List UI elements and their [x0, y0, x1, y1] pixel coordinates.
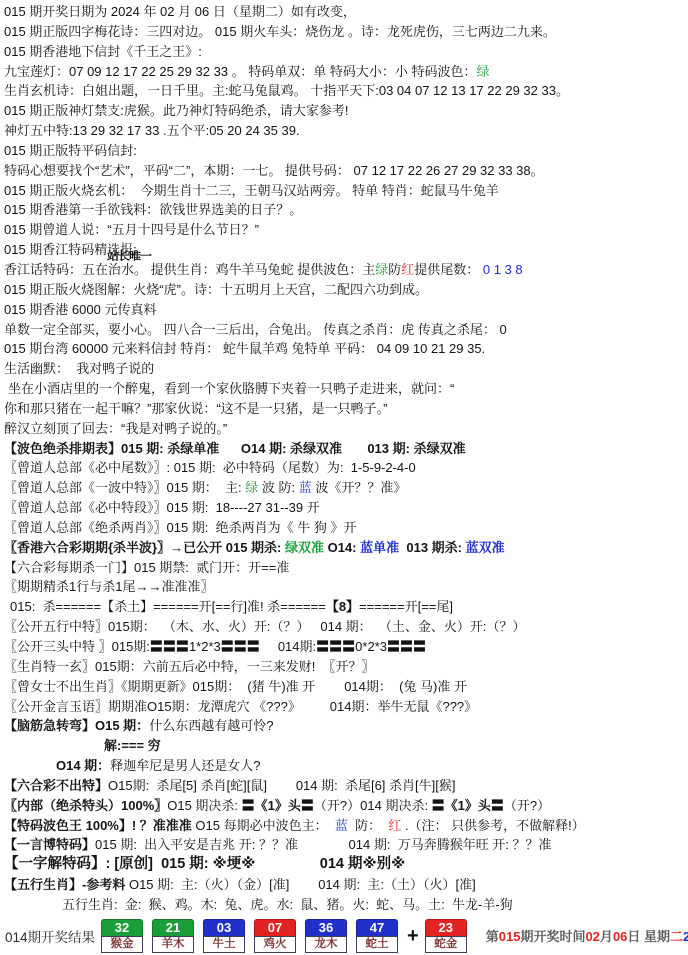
doc-line: 015 期曾道人说：“五月十四号是什么节日？” — [4, 220, 688, 240]
text-segment: O15期: 杀尾[5] 杀肖[蛇][鼠] 014 期: 杀尾[6] 杀肖[牛][… — [108, 778, 455, 793]
text-segment: （开?） — [504, 798, 550, 813]
text-segment: O15 期决杀: — [167, 798, 241, 813]
result-ball: 23蛇金 — [425, 919, 467, 953]
text-segment: 绿 — [476, 64, 489, 79]
doc-line: 〖香港六合彩期期{杀半波}〗→已公开 015 期杀: 绿双准 O14: 蓝单准 … — [4, 538, 688, 558]
text-segment: 015 期正版火烧图解：火烧“虎”。诗：十五明月上天宫，二配四六功到成。 — [4, 282, 428, 297]
text-segment: 提供尾数： — [414, 262, 483, 277]
text-segment: 什么东西越有越可怜? — [149, 718, 273, 733]
text-segment: 【特码波色王 100%】! ？准准准 — [4, 818, 195, 833]
text-segment: 【一字解特码】: [原创] 015 期: ※埂※ 014 期※别※ — [4, 856, 405, 872]
text-segment: 06 — [613, 929, 627, 944]
text-segment: 〖期期精杀1行与杀1尾→→准准准〗 — [4, 579, 213, 594]
text-segment: 〖内部（绝杀特头）100%〗 — [4, 798, 167, 813]
text-segment: 单数一定全部买，要小心。 四八合一三后出，合兔出。 传真之杀肖：虎 传真之杀尾：… — [4, 322, 507, 337]
doc-line: 015 期开奖日期为 2024 年 02 月 06 日（星期二）如有改变， — [4, 2, 688, 22]
text-segment: 生活幽默： 我对鸭子说的 — [4, 361, 154, 376]
doc-line: 【波色绝杀排期表】015 期: 杀绿单准 O14 期: 杀绿双准 013 期: … — [4, 439, 688, 459]
plus-sign: + — [407, 919, 419, 953]
text-segment: 〖曾道人总部《一波中特》〗015 期： 主: — [4, 480, 245, 495]
text-segment: 015 期开奖日期为 2024 年 02 月 06 日（星期二）如有改变， — [4, 4, 356, 19]
result-ball: 47蛇土 — [356, 919, 398, 953]
doc-line: 〖公开五行中特〗015期： （木、水、火）开:（？） 014 期： （土、金、火… — [4, 617, 688, 637]
text-segment: O15 期: 主:（火）（金）[准] 014 期: 主:（土）（火）[准] — [129, 877, 476, 892]
text-segment: 〓《1》头〓 — [242, 798, 314, 813]
text-segment: 特码心想要找个“艺术”，平码“二”，本期：一七。 提供号码： 07 12 17 … — [4, 163, 544, 178]
doc-line: 〖曾道人总部《必中特段》〗015 期: 18----27 31--39 开 — [4, 498, 688, 518]
doc-line: 〖曾女士不出生肖〗《期期更新》015期： (猪 牛)准 开 014期： (兔 马… — [4, 677, 688, 697]
text-segment: 015 期曾道人说：“五月十四号是什么节日？” — [4, 222, 259, 237]
text-segment: 0 1 3 8 — [483, 262, 523, 277]
doc-line: 015 期正版火烧玄机： 今期生肖十二三，王朝马汉站两旁。 特单 特肖：蛇鼠马牛… — [4, 181, 688, 201]
text-segment: 【波色绝杀排期表】015 期: 杀绿单准 O14 期: 杀绿双准 013 期: … — [4, 441, 466, 456]
text-segment: 蓝 — [335, 818, 348, 833]
ball-zodiac: 龙木 — [305, 936, 347, 953]
text-segment: 生肖玄机诗：白姐出题，一日千里。主:蛇马兔鼠鸡。 十指平天下:03 04 07 … — [4, 83, 569, 98]
text-segment: 释迦牟尼是男人还是女人? — [110, 758, 260, 773]
doc-line: 〖曾道人总部《必中尾数》〗: 015 期: 必中特码（尾数）为: 1-5-9-2… — [4, 458, 688, 478]
text-segment: 第 — [486, 929, 499, 944]
text-segment: 【8】 — [326, 599, 359, 614]
text-segment: 02 — [585, 929, 599, 944]
text-segment: 防： — [348, 818, 388, 833]
doc-line: 生肖玄机诗：白姐出题，一日千里。主:蛇马兔鼠鸡。 十指平天下:03 04 07 … — [4, 81, 688, 101]
doc-line: 醉汉立刻顶了回去：“我是对鸭子说的。” — [4, 419, 688, 439]
ball-number: 21 — [152, 919, 194, 936]
text-segment: 你和那只猪在一起干嘛？”那家伙说：“这不是一只猪，是一只鸭子。” — [4, 401, 388, 416]
text-segment: 绿 — [245, 480, 258, 495]
result-ball: 32猴金 — [101, 919, 143, 953]
text-segment: 【六合彩不出特】 — [4, 778, 108, 793]
text-segment: 〖生肖特一玄〗015期：六前五后必中特，一三来发财! 〖开？〗 — [4, 659, 375, 674]
text-segment: 〓〓〓 — [387, 639, 426, 654]
text-segment: 神灯五中特:13 29 32 17 33 .五个平:05 20 24 35 39… — [4, 123, 300, 138]
text-segment: 015 期正版特平码信封: — [4, 143, 137, 158]
text-segment: 红 — [388, 818, 401, 833]
text-segment: 红 — [401, 262, 414, 277]
draw-result-row: 014期开奖结果 32猴金21羊木03牛土07鸡火36龙木47蛇土+23蛇金 第… — [0, 918, 688, 954]
text-segment: O15 每期必中波色主： — [195, 818, 334, 833]
text-segment: 015 — [499, 929, 521, 944]
doc-line: 【特码波色王 100%】! ？准准准 O15 每期必中波色主： 蓝 防： 红 .… — [4, 816, 688, 836]
ball-zodiac: 蛇土 — [356, 936, 398, 953]
doc-line: 【脑筋急转弯】O15 期：什么东西越有越可怜? — [4, 716, 688, 736]
doc-line: 015 期正版四字梅花诗：三四对边。 015 期火车头：烧伤龙 。诗：龙死虎伤，… — [4, 22, 688, 42]
doc-line: 【一字解特码】: [原创] 015 期: ※埂※ 014 期※别※ — [4, 855, 688, 875]
doc-line: 坐在小酒店里的一个醉鬼，看到一个家伙胳膊下夹着一只鸭子走进来，就问：“ — [4, 379, 688, 399]
doc-line: 【一言博特码】015 期: 出入平安是吉兆 开: ？？准 014 期: 万马奔腾… — [4, 835, 688, 855]
doc-line: 你和那只猪在一起干嘛？”那家伙说：“这不是一只猪，是一只鸭子。” — [4, 399, 688, 419]
doc-line: 〖期期精杀1行与杀1尾→→准准准〗 — [4, 577, 688, 597]
doc-line: 015 期香港第一手欲钱料：欲钱世界选美的日子？。 — [4, 200, 688, 220]
doc-line: 【六合彩不出特】O15期: 杀尾[5] 杀肖[蛇][鼠] 014 期: 杀尾[6… — [4, 776, 688, 796]
text-segment: 【一言博特码】 — [4, 837, 95, 852]
text-segment: 【六合彩每期杀一门】015 期禁: 贰门开：开==准 — [4, 560, 289, 575]
text-segment: 〖公开三头中特 〗015期: — [4, 639, 150, 654]
text-segment: 解:=== 穷 — [104, 738, 161, 753]
text-segment: O14: — [324, 540, 360, 555]
overlay-stamp-text: 站长唯一 — [107, 248, 151, 264]
text-segment: 五行生肖: 金: 猴、鸡。木: 兔、虎。水: 鼠、猪。火: 蛇、马。土: 牛龙-… — [62, 897, 513, 912]
text-segment: 015 期台湾 60000 元来料信封 特肖： 蛇牛鼠羊鸡 兔特单 平码： 04… — [4, 341, 485, 356]
text-segment: 波 防: — [258, 480, 298, 495]
doc-line: 015: 杀======【杀土】======开[==行]准! 杀======【8… — [4, 597, 688, 617]
ball-number: 36 — [305, 919, 347, 936]
text-segment: 〓《1》头〓 — [432, 798, 504, 813]
doc-line: 〖公开三头中特 〗015期:〓〓〓1*2*3〓〓〓 014期:〓〓〓0*2*3〓… — [4, 637, 688, 657]
result-balls: 32猴金21羊木03牛土07鸡火36龙木47蛇土+23蛇金 — [101, 919, 476, 953]
text-segment: 015 期香港地下信封《千王之王》: — [4, 44, 202, 59]
text-segment: 〖曾道人总部《必中尾数》〗: 015 期: 必中特码（尾数）为: 1-5-9-2… — [4, 460, 416, 475]
doc-line: 015 期香港 6000 元传真料 — [4, 300, 688, 320]
text-segment: 21:30 — [683, 929, 688, 944]
doc-line: 生活幽默： 我对鸭子说的 — [4, 359, 688, 379]
ball-number: 07 — [254, 919, 296, 936]
result-ball: 03牛土 — [203, 919, 245, 953]
text-segment: 防 — [388, 262, 401, 277]
text-segment: 坐在小酒店里的一个醉鬼，看到一个家伙胳膊下夹着一只鸭子走进来，就问：“ — [8, 381, 454, 396]
text-segment: 二 — [670, 929, 683, 944]
result-ball: 36龙木 — [305, 919, 347, 953]
text-segment: 0*2*3 — [355, 639, 387, 654]
draw-time: 第015期开奖时间02月06日 星期二21:30 — [486, 926, 688, 945]
doc-line: 015 期正版火烧图解：火烧“虎”。诗：十五明月上天宫，二配四六功到成。 — [4, 280, 688, 300]
doc-line: 【六合彩每期杀一门】015 期禁: 贰门开：开==准 — [4, 558, 688, 578]
text-segment: 蓝单准 — [360, 540, 399, 555]
ball-zodiac: 羊木 — [152, 936, 194, 953]
text-segment: 【脑筋急转弯】O15 期： — [4, 718, 149, 733]
text-segment: 〖公开五行中特〗015期： （木、水、火）开:（？） 014 期： （土、金、火… — [4, 619, 526, 634]
text-segment: 〓〓〓 — [150, 639, 189, 654]
doc-line: 015 期台湾 60000 元来料信封 特肖： 蛇牛鼠羊鸡 兔特单 平码： 04… — [4, 339, 688, 359]
doc-line: O14 期：释迦牟尼是男人还是女人? — [4, 756, 688, 776]
ball-zodiac: 蛇金 — [425, 936, 467, 953]
text-segment: 日 星期 — [627, 929, 670, 944]
ball-zodiac: 鸡火 — [254, 936, 296, 953]
text-segment: ======开[==尾] — [359, 599, 453, 614]
text-segment: 香江话特码：五在治水。 提供生肖：鸡牛羊马兔蛇 提供波色：主 — [4, 262, 375, 277]
text-segment: 〖香港六合彩期期{杀半波}〗→已公开 015 期杀: — [4, 540, 285, 555]
text-segment: 1*2*3 — [189, 639, 221, 654]
text-segment: 015 期: 出入平安是吉兆 开: ？？准 014 期: 万马奔腾猴年旺 开: … — [95, 837, 552, 852]
text-segment: 蓝 — [299, 480, 312, 495]
text-segment: 【五行生肖】-参考料 — [4, 877, 129, 892]
doc-line: 神灯五中特:13 29 32 17 33 .五个平:05 20 24 35 39… — [4, 121, 688, 141]
doc-line: 015 期正版神灯禁支:虎猴。此乃神灯特码绝杀，请大家参考! — [4, 101, 688, 121]
text-segment: O14 期： — [56, 758, 110, 773]
text-segment: 013 期杀: — [399, 540, 465, 555]
doc-line: 〖曾道人总部《一波中特》〗015 期： 主: 绿 波 防: 蓝 波《开？？准》 — [4, 478, 688, 498]
text-segment: 〖曾女士不出生肖〗《期期更新》015期： (猪 牛)准 开 014期： (兔 马… — [4, 679, 467, 694]
text-segment: 醉汉立刻顶了回去：“我是对鸭子说的。” — [4, 421, 227, 436]
ball-zodiac: 猴金 — [101, 936, 143, 953]
doc-line: 【五行生肖】-参考料 O15 期: 主:（火）（金）[准] 014 期: 主:（… — [4, 875, 688, 895]
text-segment: 绿双准 — [285, 540, 324, 555]
doc-line: 单数一定全部买，要小心。 四八合一三后出，合兔出。 传真之杀肖：虎 传真之杀尾：… — [4, 320, 688, 340]
text-segment: （开?）014 期决杀: — [314, 798, 432, 813]
doc-line: 015 期正版特平码信封: — [4, 141, 688, 161]
text-segment: 015 期正版四字梅花诗：三四对边。 015 期火车头：烧伤龙 。诗：龙死虎伤，… — [4, 24, 556, 39]
text-segment: 期开奖时间 — [520, 929, 585, 944]
result-ball: 21羊木 — [152, 919, 194, 953]
ball-number: 47 — [356, 919, 398, 936]
text-segment: 〓〓〓 — [221, 639, 260, 654]
text-segment: 绿 — [375, 262, 388, 277]
ball-number: 23 — [425, 919, 467, 936]
text-segment: 015 期香港第一手欲钱料：欲钱世界选美的日子？。 — [4, 202, 302, 217]
doc-line: 〖曾道人总部《绝杀两肖》〗015 期: 绝杀两肖为《 牛 狗 》开 — [4, 518, 688, 538]
doc-line: 〖生肖特一玄〗015期：六前五后必中特，一三来发财! 〖开？〗 — [4, 657, 688, 677]
doc-line: 特码心想要找个“艺术”，平码“二”，本期：一七。 提供号码： 07 12 17 … — [4, 161, 688, 181]
doc-line: 解:=== 穷 — [4, 736, 688, 756]
text-segment: 014期: — [260, 639, 316, 654]
text-segment: 〖曾道人总部《绝杀两肖》〗015 期: 绝杀两肖为《 牛 狗 》开 — [4, 520, 356, 535]
text-segment: .（注： 只供参考，不做解释!） — [401, 818, 584, 833]
ball-number: 32 — [101, 919, 143, 936]
text-segment: 〓〓〓 — [316, 639, 355, 654]
doc-line: 〖公开金言玉语〗期期准O15期：龙潭虎穴 《???》 014期：举牛无鼠《???… — [4, 697, 688, 717]
ball-zodiac: 牛土 — [203, 936, 245, 953]
text-segment: 蓝双准 — [466, 540, 505, 555]
text-segment: 〖公开金言玉语〗期期准O15期：龙潭虎穴 《???》 014期：举牛无鼠《???… — [4, 699, 477, 714]
text-segment: 015 期正版火烧玄机： 今期生肖十二三，王朝马汉站两旁。 特单 特肖：蛇鼠马牛… — [4, 183, 499, 198]
text-segment: 015: 杀======【杀土】======开[==行]准! 杀====== — [10, 599, 326, 614]
text-segment: 波《开？？准》 — [312, 480, 407, 495]
draw-result-label: 014期开奖结果 — [5, 926, 95, 946]
doc-line: 015 期香港地下信封《千王之王》: — [4, 42, 688, 62]
text-segment: 九宝莲灯：07 09 12 17 22 25 29 32 33 。 特码单双：单… — [4, 64, 476, 79]
text-segment: 015 期正版神灯禁支:虎猴。此乃神灯特码绝杀，请大家参考! — [4, 103, 349, 118]
result-ball: 07鸡火 — [254, 919, 296, 953]
document-lines: 015 期开奖日期为 2024 年 02 月 06 日（星期二）如有改变，015… — [0, 0, 688, 915]
doc-line: 九宝莲灯：07 09 12 17 22 25 29 32 33 。 特码单双：单… — [4, 62, 688, 82]
doc-line: 五行生肖: 金: 猴、鸡。木: 兔、虎。水: 鼠、猪。火: 蛇、马。土: 牛龙-… — [4, 895, 688, 915]
ball-number: 03 — [203, 919, 245, 936]
text-segment: 月 — [600, 929, 613, 944]
text-segment: 015 期香港 6000 元传真料 — [4, 302, 156, 317]
text-segment: 〖曾道人总部《必中特段》〗015 期: 18----27 31--39 开 — [4, 500, 320, 515]
doc-line: 〖内部（绝杀特头）100%〗O15 期决杀: 〓《1》头〓（开?）014 期决杀… — [4, 796, 688, 816]
